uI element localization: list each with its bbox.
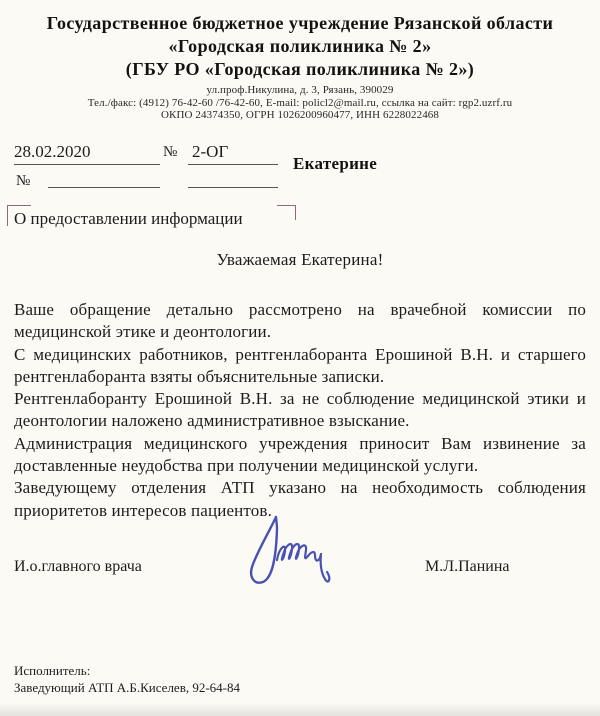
org-details: ул.проф.Никулина, д. 3, Рязань, 390029 Т… [0,84,600,122]
letter-date: 28.02.2020 [14,142,160,165]
reply-number-sign: № [16,173,30,190]
letter-body: Ваше обращение детально рассмотрено на в… [14,299,586,522]
letter-number: 2-ОГ [188,142,278,165]
body-paragraph: С медицинских работников, рентгенлаборан… [14,344,586,389]
body-paragraph: Администрация медицинского учреждения пр… [14,433,586,478]
clinic-abbreviation: (ГБУ РО «Городская поликлиника № 2») [0,58,600,81]
number-sign: № [163,144,177,161]
clinic-name: «Городская поликлиника № 2» [0,35,600,58]
scanned-letter-page: Государственное бюджетное учреждение Ряз… [0,0,600,716]
signer-position-title: И.о.главного врача [14,558,142,576]
body-paragraph: Ваше обращение детально рассмотрено на в… [14,299,586,344]
scan-edge-shadow [0,703,600,716]
blank-reply-number-line [188,172,278,188]
subject-area: О предоставлении информации [0,205,600,239]
signer-name: М.Л.Панина [425,558,510,576]
letter-subject: О предоставлении информации [14,209,243,229]
handwritten-signature-icon [245,508,345,593]
org-registration-codes: ОКПО 24374350, ОГРН 1026200960477, ИНН 6… [0,109,600,122]
blank-reply-date-line [48,172,160,188]
executor-label: Исполнитель: [14,662,240,679]
salutation: Уважаемая Екатерина! [0,250,600,270]
executor-footer: Исполнитель: Заведующий АТП А.Б.Киселев,… [14,662,240,696]
letterhead: Государственное бюджетное учреждение Ряз… [0,12,600,122]
reference-block: 28.02.2020 № 2-ОГ Екатерине № [0,142,600,204]
addressee-name: Екатерине [293,154,377,174]
executor-info: Заведующий АТП А.Б.Киселев, 92-64-84 [14,679,240,696]
org-name-line: Государственное бюджетное учреждение Ряз… [0,12,600,35]
subject-corner-right-mark [277,205,296,220]
org-contacts: Тел./факс: (4912) 76-42-60 /76-42-60, E-… [0,97,600,110]
body-paragraph: Рентгенлаборанту Ерошиной В.Н. за не соб… [14,388,586,433]
org-address: ул.проф.Никулина, д. 3, Рязань, 390029 [0,84,600,97]
